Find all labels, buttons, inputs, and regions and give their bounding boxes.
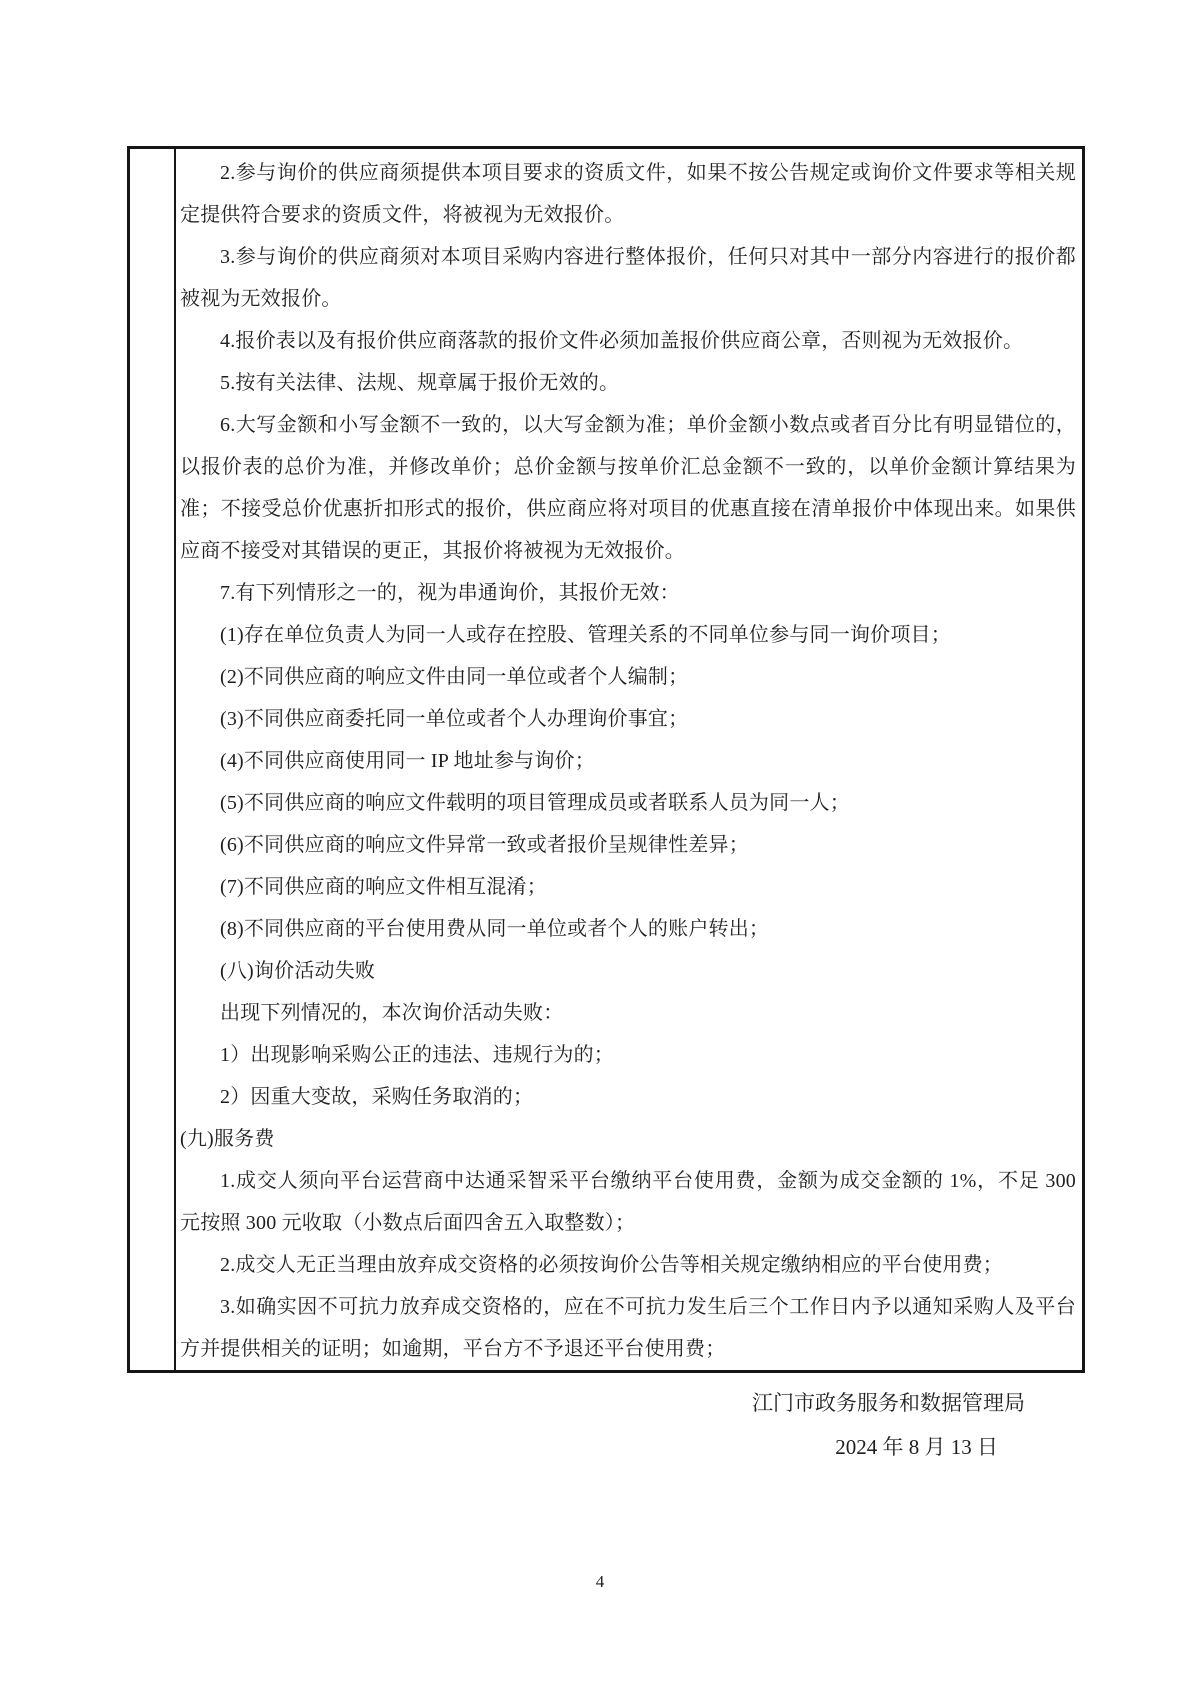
- terms-table: 2.参与询价的供应商须提供本项目要求的资质文件，如果不按公告规定或询价文件要求等…: [127, 146, 1085, 1373]
- paragraph: (1)存在单位负责人为同一人或存在控股、管理关系的不同单位参与同一询价项目；: [180, 614, 1076, 656]
- table-left-stub-column: [130, 149, 176, 1370]
- paragraph: (6)不同供应商的响应文件异常一致或者报价呈规律性差异；: [180, 824, 1076, 866]
- paragraph: 2.成交人无正当理由放弃成交资格的必须按询价公告等相关规定缴纳相应的平台使用费；: [180, 1244, 1076, 1286]
- paragraph: (8)不同供应商的平台使用费从同一单位或者个人的账户转出；: [180, 908, 1076, 950]
- table-content-column: 2.参与询价的供应商须提供本项目要求的资质文件，如果不按公告规定或询价文件要求等…: [176, 149, 1082, 1370]
- document-page: 2.参与询价的供应商须提供本项目要求的资质文件，如果不按公告规定或询价文件要求等…: [0, 0, 1200, 1696]
- signature-date: 2024 年 8 月 13 日: [835, 1432, 998, 1462]
- paragraph: (3)不同供应商委托同一单位或者个人办理询价事宜；: [180, 698, 1076, 740]
- signature-organization: 江门市政务服务和数据管理局: [752, 1388, 1025, 1418]
- paragraph: (2)不同供应商的响应文件由同一单位或者个人编制；: [180, 656, 1076, 698]
- paragraph: (5)不同供应商的响应文件载明的项目管理成员或者联系人员为同一人；: [180, 782, 1076, 824]
- paragraph: 5.按有关法律、法规、规章属于报价无效的。: [180, 362, 1076, 404]
- paragraph: (八)询价活动失败: [180, 950, 1076, 992]
- paragraph: 2）因重大变故，采购任务取消的；: [180, 1076, 1076, 1118]
- paragraph: 3.如确实因不可抗力放弃成交资格的，应在不可抗力发生后三个工作日内予以通知采购人…: [180, 1286, 1076, 1370]
- paragraph: 7.有下列情形之一的，视为串通询价，其报价无效：: [180, 572, 1076, 614]
- paragraph: 6.大写金额和小写金额不一致的，以大写金额为准；单价金额小数点或者百分比有明显错…: [180, 404, 1076, 572]
- paragraph: 出现下列情况的，本次询价活动失败：: [180, 992, 1076, 1034]
- paragraph: (4)不同供应商使用同一 IP 地址参与询价；: [180, 740, 1076, 782]
- paragraph: 3.参与询价的供应商须对本项目采购内容进行整体报价，任何只对其中一部分内容进行的…: [180, 236, 1076, 320]
- paragraph: 2.参与询价的供应商须提供本项目要求的资质文件，如果不按公告规定或询价文件要求等…: [180, 152, 1076, 236]
- paragraph: 1）出现影响采购公正的违法、违规行为的；: [180, 1034, 1076, 1076]
- page-number: 4: [0, 1570, 1200, 1594]
- paragraph: (九)服务费: [180, 1118, 1076, 1160]
- paragraph: 4.报价表以及有报价供应商落款的报价文件必须加盖报价供应商公章，否则视为无效报价…: [180, 320, 1076, 362]
- paragraph: (7)不同供应商的响应文件相互混淆；: [180, 866, 1076, 908]
- paragraph: 1.成交人须向平台运营商中达通采智采平台缴纳平台使用费，金额为成交金额的 1%，…: [180, 1160, 1076, 1244]
